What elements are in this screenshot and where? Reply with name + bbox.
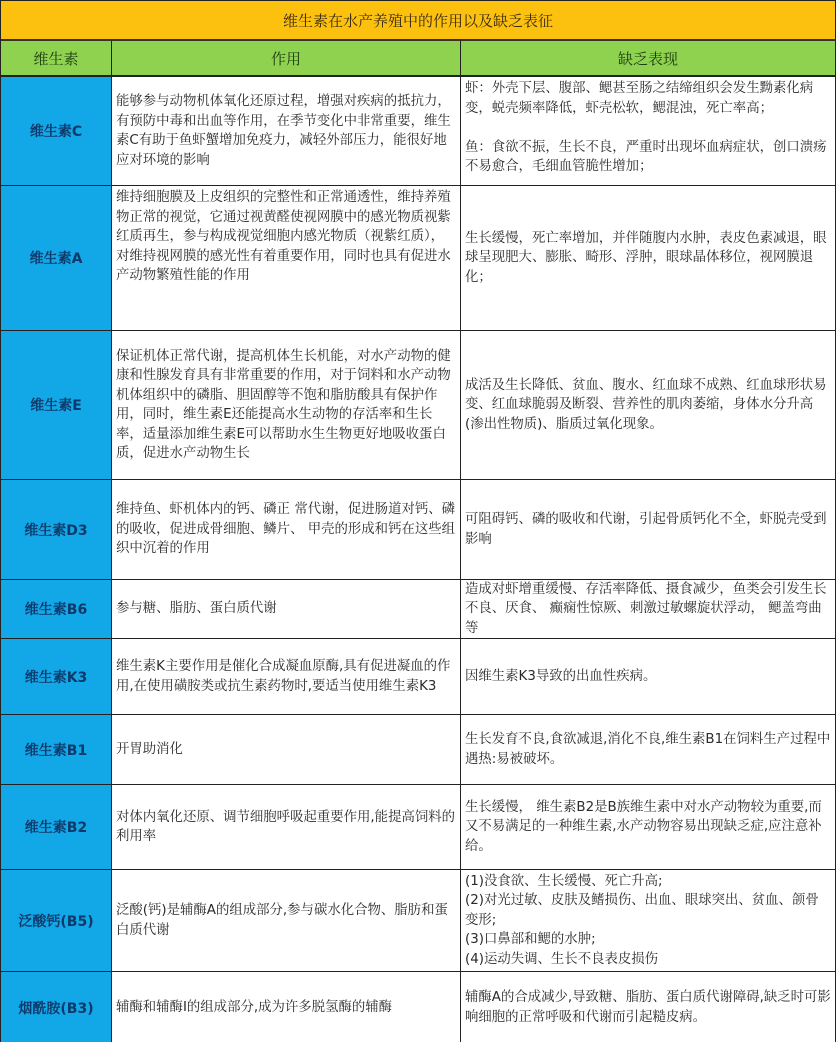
vitamin-name: 维生素B2 <box>1 785 112 869</box>
deficiency-cell: 生长缓慢， 维生素B2是B族维生素中对水产动物较为重要,而又不易满足的一种维生素… <box>461 785 835 869</box>
vitamin-name: 维生素E <box>1 331 112 479</box>
table-row-vitamin-b5: 泛酸钙(B5) 泛酸(钙)是辅酶A的组成部分,参与碳水化合物、脂肪和蛋白质代谢 … <box>1 870 835 972</box>
vitamin-name: 烟酰胺(B3) <box>1 972 112 1042</box>
table-row-vitamin-b3: 烟酰胺(B3) 辅酶和辅酶I的组成部分,成为许多脱氢酶的辅酶 辅酶A的合成减少,… <box>1 972 835 1042</box>
table-row-vitamin-a: 维生素A 维持细胞膜及上皮组织的完整性和正常通透性，维持养殖物正常的视觉，它通过… <box>1 186 835 331</box>
table-row-vitamin-b6: 维生素B6 参与糖、脂肪、蛋白质代谢 造成对虾增重缓慢、存活率降低、摄食减少，鱼… <box>1 580 835 639</box>
deficiency-cell: 因维生素K3导致的出血性疾病。 <box>461 639 835 714</box>
role-text: 能够参与动物机体氧化还原过程，增强对疾病的抵抗力，有预防中毒和出血等作用，在季节… <box>116 92 456 170</box>
column-header-row: 维生素 作用 缺乏表现 <box>1 41 835 77</box>
role-cell: 辅酶和辅酶I的组成部分,成为许多脱氢酶的辅酶 <box>112 972 461 1042</box>
deficiency-text: 生长缓慢， 维生素B2是B族维生素中对水产动物较为重要,而又不易满足的一种维生素… <box>465 798 831 857</box>
role-text: 保证机体正常代谢，提高机体生长机能，对水产动物的健康和性腺发育具有非常重要的作用… <box>116 347 456 464</box>
deficiency-cell: 生长缓慢，死亡率增加，并伴随腹内水肿，表皮色素减退，眼球呈现肥大、膨胀、畸形、浮… <box>461 186 835 330</box>
vitamin-table: 维生素在水产养殖中的作用以及缺乏表征 维生素 作用 缺乏表现 维生素C 能够参与… <box>0 0 836 1042</box>
role-cell: 维持鱼、虾机体内的钙、磷正 常代谢，促进肠道对钙、磷的吸收，促进成骨细胞、鳞片、… <box>112 480 461 579</box>
deficiency-text: 生长发育不良,食欲减退,消化不良,维生素B1在饲料生产过程中遇热:易被破坏。 <box>465 730 831 769</box>
table-row-vitamin-b1: 维生素B1 开胃助消化 生长发育不良,食欲减退,消化不良,维生素B1在饲料生产过… <box>1 715 835 785</box>
table-title: 维生素在水产养殖中的作用以及缺乏表征 <box>1 1 835 41</box>
deficiency-text: 辅酶A的合成减少,导致糖、脂肪、蛋白质代谢障碍,缺乏时可影响细胞的正常呼吸和代谢… <box>465 988 831 1027</box>
deficiency-text: 虾：外壳下层、腹部、鳃甚至肠之结缔组织会发生黝素化病变，蜕壳频率降低，虾壳松软，… <box>465 79 831 177</box>
role-text: 维生素K主要作用是催化合成凝血原酶,具有促进凝血的作用,在使用磺胺类或抗生素药物… <box>116 657 456 696</box>
role-cell: 保证机体正常代谢，提高机体生长机能，对水产动物的健康和性腺发育具有非常重要的作用… <box>112 331 461 479</box>
vitamin-name: 维生素K3 <box>1 639 112 714</box>
vitamin-name: 维生素C <box>1 77 112 185</box>
table-row-vitamin-k3: 维生素K3 维生素K主要作用是催化合成凝血原酶,具有促进凝血的作用,在使用磺胺类… <box>1 639 835 715</box>
deficiency-cell: 辅酶A的合成减少,导致糖、脂肪、蛋白质代谢障碍,缺乏时可影响细胞的正常呼吸和代谢… <box>461 972 835 1042</box>
role-text: 泛酸(钙)是辅酶A的组成部分,参与碳水化合物、脂肪和蛋白质代谢 <box>116 901 456 940</box>
column-header-vitamin: 维生素 <box>1 41 112 75</box>
deficiency-cell: 造成对虾增重缓慢、存活率降低、摄食减少，鱼类会引发生长不良、厌食、 癫痫性惊厥、… <box>461 580 835 638</box>
role-text: 对体内氧化还原、调节细胞呼吸起重要作用,能提高饲料的利用率 <box>116 808 456 847</box>
deficiency-text: 成活及生长降低、贫血、腹水、红血球不成熟、红血球形状易变、红血球脆弱及断裂、营养… <box>465 376 831 435</box>
deficiency-cell: 虾：外壳下层、腹部、鳃甚至肠之结缔组织会发生黝素化病变，蜕壳频率降低，虾壳松软，… <box>461 77 835 185</box>
table-row-vitamin-c: 维生素C 能够参与动物机体氧化还原过程，增强对疾病的抵抗力，有预防中毒和出血等作… <box>1 77 835 186</box>
column-header-role: 作用 <box>112 41 461 75</box>
vitamin-name: 维生素B6 <box>1 580 112 638</box>
table-row-vitamin-d3: 维生素D3 维持鱼、虾机体内的钙、磷正 常代谢，促进肠道对钙、磷的吸收，促进成骨… <box>1 480 835 580</box>
role-cell: 泛酸(钙)是辅酶A的组成部分,参与碳水化合物、脂肪和蛋白质代谢 <box>112 870 461 971</box>
role-text: 开胃助消化 <box>116 740 183 760</box>
role-cell: 维持细胞膜及上皮组织的完整性和正常通透性，维持养殖物正常的视觉，它通过视黄醛使视… <box>112 186 461 330</box>
role-cell: 对体内氧化还原、调节细胞呼吸起重要作用,能提高饲料的利用率 <box>112 785 461 869</box>
deficiency-cell: 生长发育不良,食欲减退,消化不良,维生素B1在饲料生产过程中遇热:易被破坏。 <box>461 715 835 784</box>
vitamin-name: 泛酸钙(B5) <box>1 870 112 971</box>
role-text: 维持细胞膜及上皮组织的完整性和正常通透性，维持养殖物正常的视觉，它通过视黄醛使视… <box>116 188 456 286</box>
role-text: 参与糖、脂肪、蛋白质代谢 <box>116 599 277 619</box>
deficiency-cell: 可阻碍钙、磷的吸收和代谢，引起骨质钙化不全，虾脱壳受到影响 <box>461 480 835 579</box>
deficiency-text: 造成对虾增重缓慢、存活率降低、摄食减少，鱼类会引发生长不良、厌食、 癫痫性惊厥、… <box>465 580 831 639</box>
deficiency-cell: 成活及生长降低、贫血、腹水、红血球不成熟、红血球形状易变、红血球脆弱及断裂、营养… <box>461 331 835 479</box>
vitamin-name: 维生素B1 <box>1 715 112 784</box>
role-text: 维持鱼、虾机体内的钙、磷正 常代谢，促进肠道对钙、磷的吸收，促进成骨细胞、鳞片、… <box>116 500 456 559</box>
vitamin-name: 维生素D3 <box>1 480 112 579</box>
role-cell: 开胃助消化 <box>112 715 461 784</box>
role-cell: 维生素K主要作用是催化合成凝血原酶,具有促进凝血的作用,在使用磺胺类或抗生素药物… <box>112 639 461 714</box>
column-header-deficiency: 缺乏表现 <box>461 41 835 75</box>
deficiency-text: (1)没食欲、生长缓慢、死亡升高; (2)对光过敏、皮肤及鳍损伤、出血、眼球突出… <box>465 872 831 970</box>
vitamin-name: 维生素A <box>1 186 112 330</box>
table-row-vitamin-b2: 维生素B2 对体内氧化还原、调节细胞呼吸起重要作用,能提高饲料的利用率 生长缓慢… <box>1 785 835 870</box>
role-text: 辅酶和辅酶I的组成部分,成为许多脱氢酶的辅酶 <box>116 998 392 1018</box>
deficiency-cell: (1)没食欲、生长缓慢、死亡升高; (2)对光过敏、皮肤及鳍损伤、出血、眼球突出… <box>461 870 835 971</box>
deficiency-text: 因维生素K3导致的出血性疾病。 <box>465 667 656 687</box>
role-cell: 能够参与动物机体氧化还原过程，增强对疾病的抵抗力，有预防中毒和出血等作用，在季节… <box>112 77 461 185</box>
table-row-vitamin-e: 维生素E 保证机体正常代谢，提高机体生长机能，对水产动物的健康和性腺发育具有非常… <box>1 331 835 480</box>
deficiency-text: 生长缓慢，死亡率增加，并伴随腹内水肿，表皮色素减退，眼球呈现肥大、膨胀、畸形、浮… <box>465 229 831 288</box>
role-cell: 参与糖、脂肪、蛋白质代谢 <box>112 580 461 638</box>
deficiency-text: 可阻碍钙、磷的吸收和代谢，引起骨质钙化不全，虾脱壳受到影响 <box>465 510 831 549</box>
